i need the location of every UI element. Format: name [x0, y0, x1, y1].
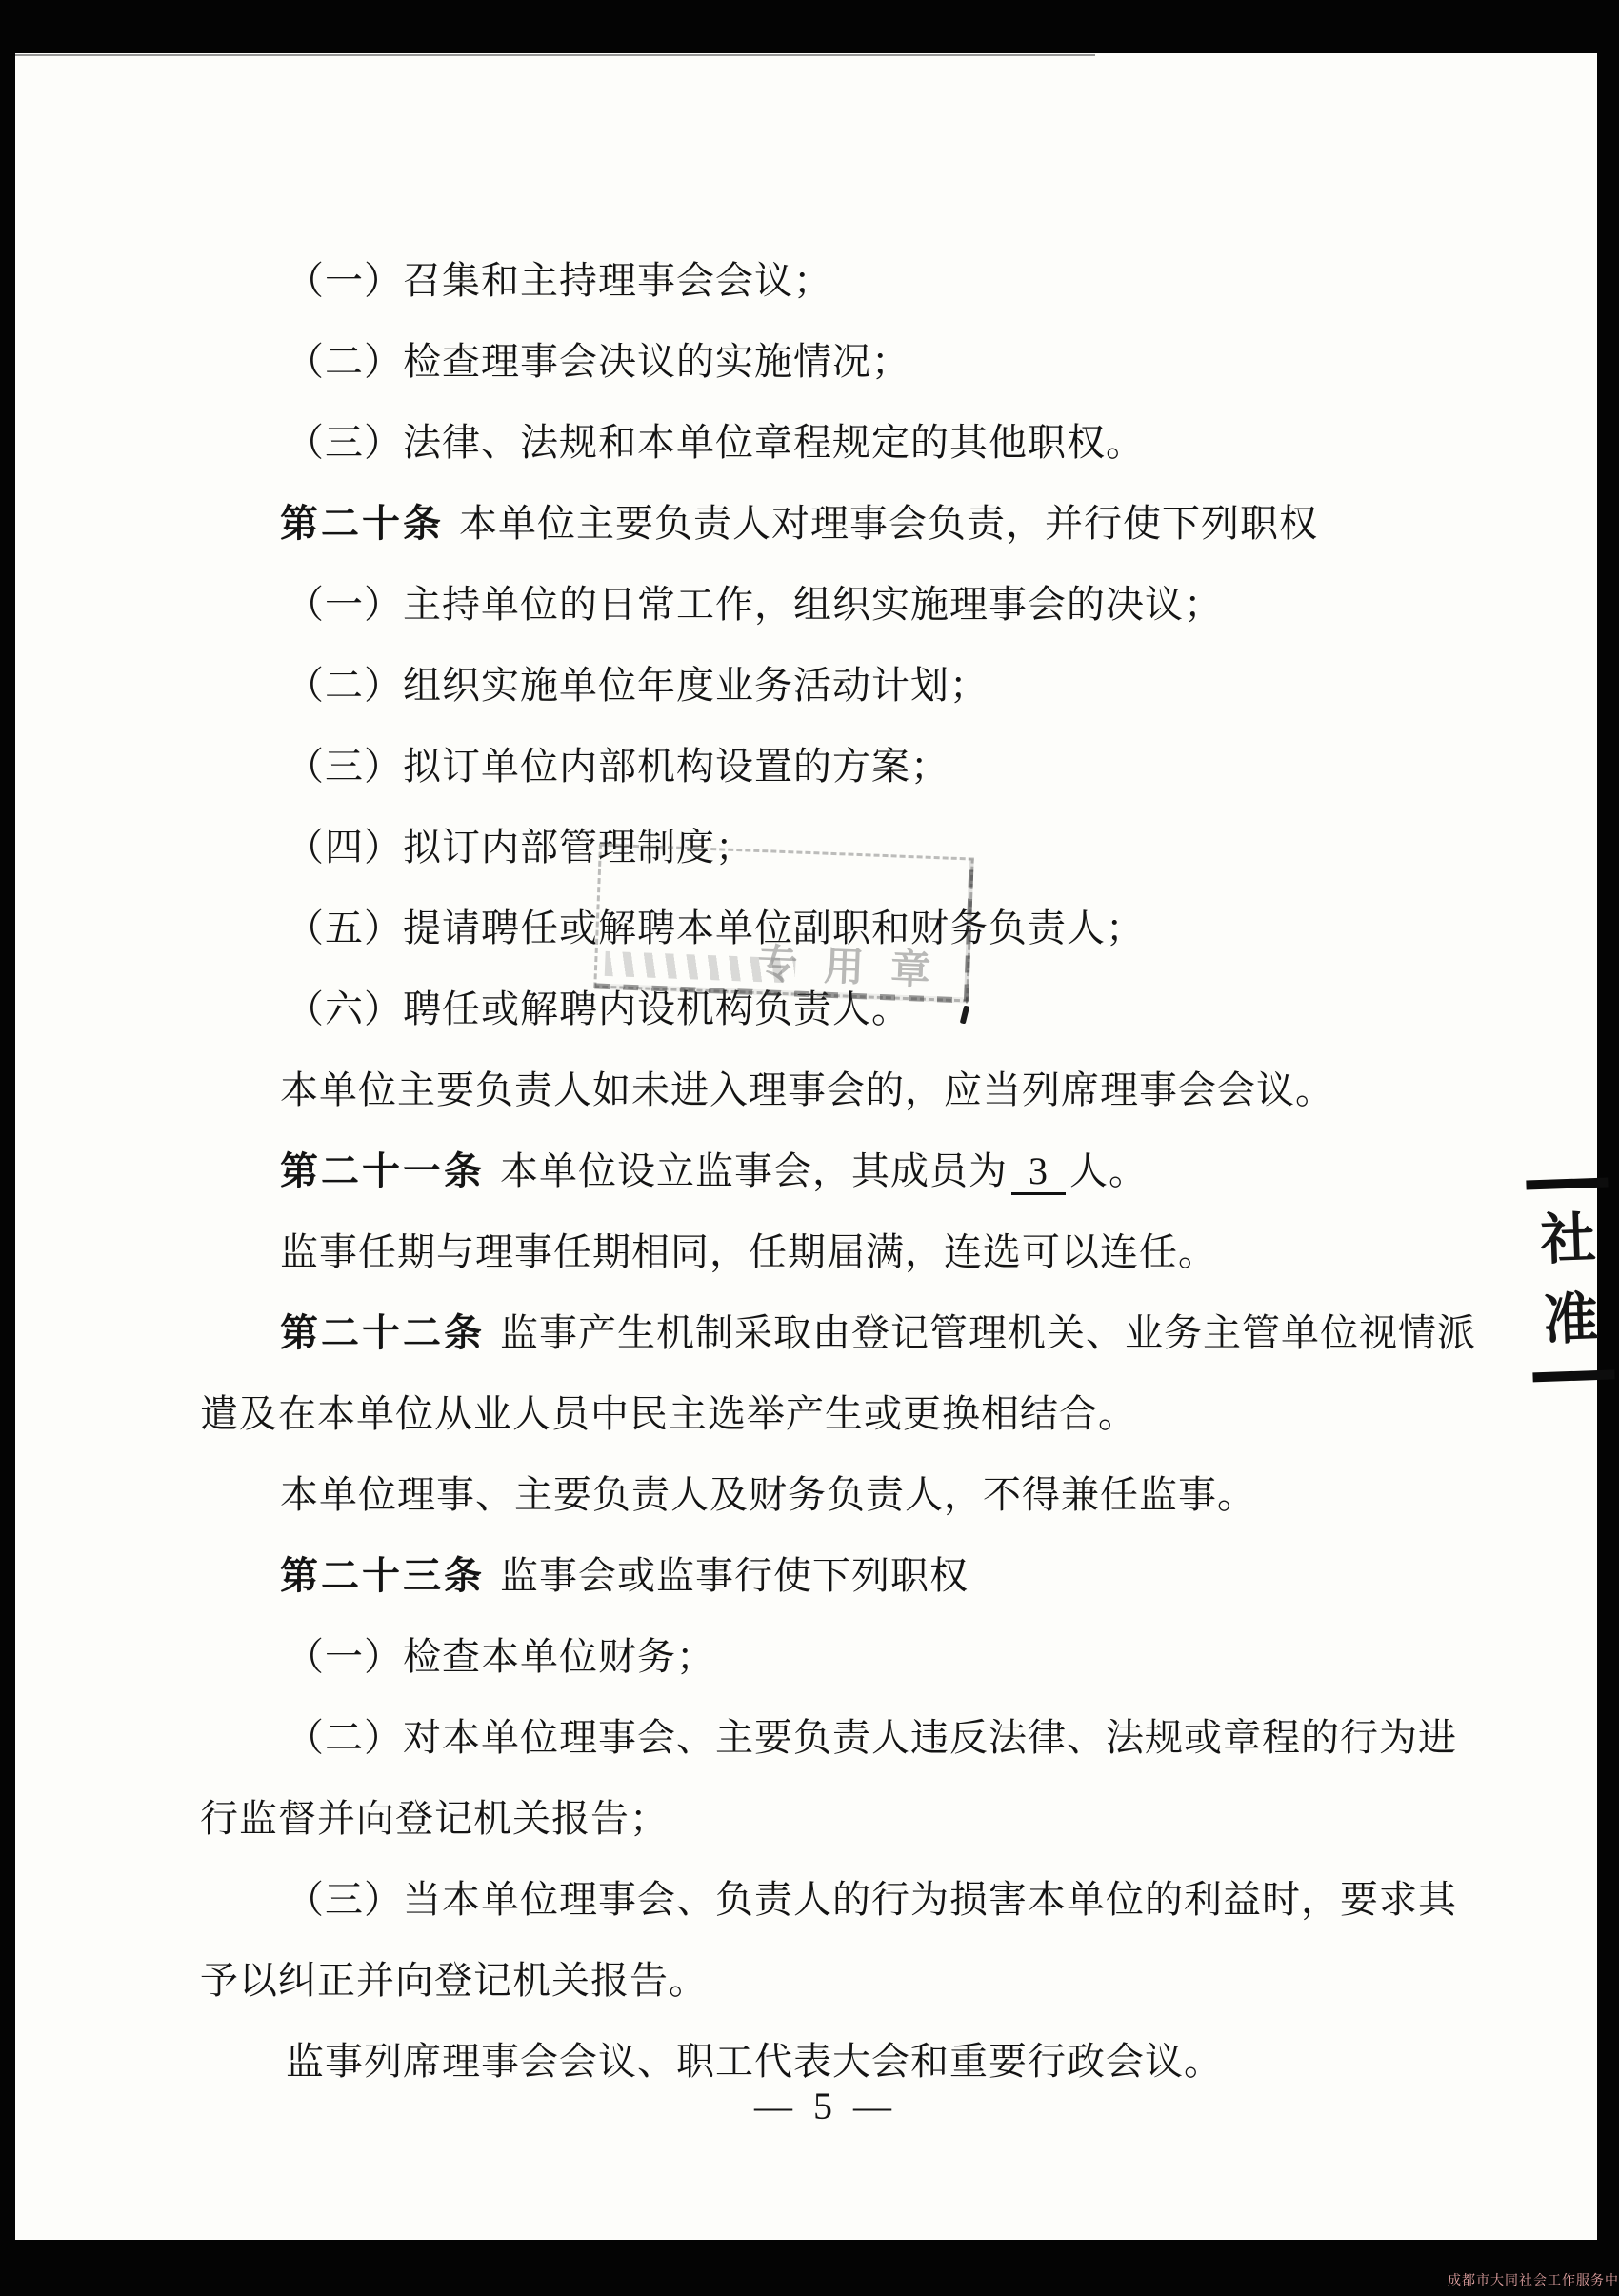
line-text: 监事列席理事会会议、职工代表大会和重要行政会议。	[286, 2040, 1223, 2083]
faint-seal-stamp: 专用章	[593, 843, 974, 1002]
text-line: 遣及在本单位从业人员中民主选举产生或更换相结合。	[200, 1392, 1137, 1436]
text-line: 第二十一条本单位设立监事会，其成员为3人。	[280, 1149, 1148, 1193]
line-text: （二）对本单位理事会、主要负责人违反法律、法规或章程的行为进	[286, 1716, 1457, 1759]
page-number: — 5 —	[669, 2084, 983, 2128]
article-number: 第二十三条	[280, 1555, 485, 1597]
text-line: 第二十条本单位主要负责人对理事会负责，并行使下列职权	[280, 502, 1318, 546]
article-number: 第二十一条	[280, 1150, 485, 1192]
member-count-value: 3	[1011, 1149, 1066, 1195]
line-text: （三）拟订单位内部机构设置的方案；	[286, 745, 949, 788]
scan-border-right	[1597, 53, 1619, 2242]
text-line: （三）拟订单位内部机构设置的方案；	[286, 745, 949, 789]
line-text: 监事任期与理事任期相同，任期届满，连选可以连任。	[280, 1230, 1217, 1273]
line-text: （一）召集和主持理事会会议；	[286, 259, 832, 302]
scan-border-top	[0, 0, 1619, 53]
line-text: 本单位设立监事会，其成员为	[500, 1149, 1008, 1192]
text-line: （一）检查本单位财务；	[286, 1635, 715, 1679]
text-line: 本单位理事、主要负责人及财务负责人，不得兼任监事。	[280, 1473, 1256, 1517]
line-text: 监事产生机制采取由登记管理机关、业务主管单位视情派	[500, 1311, 1476, 1354]
line-text: （三）法律、法规和本单位章程规定的其他职权。	[286, 421, 1145, 464]
line-text: （二）组织实施单位年度业务活动计划；	[286, 664, 989, 707]
line-text: 行监督并向登记机关报告；	[200, 1797, 669, 1840]
line-text: 本单位主要负责人如未进入理事会的，应当列席理事会会议。	[280, 1068, 1334, 1111]
article-number: 第二十条	[280, 503, 444, 545]
scan-border-left	[0, 51, 15, 2242]
text-line: （二）检查理事会决议的实施情况；	[286, 340, 910, 384]
line-text: 监事会或监事行使下列职权	[500, 1554, 969, 1597]
text-line: 第二十三条监事会或监事行使下列职权	[280, 1554, 969, 1598]
line-text: （三）当本单位理事会、负责人的行为损害本单位的利益时，要求其	[286, 1878, 1457, 1921]
text-line: （一）召集和主持理事会会议；	[286, 259, 832, 303]
text-line: （二）对本单位理事会、主要负责人违反法律、法规或章程的行为进	[286, 1716, 1457, 1760]
text-line: 监事列席理事会会议、职工代表大会和重要行政会议。	[286, 2040, 1223, 2084]
text-line: 第二十二条监事产生机制采取由登记管理机关、业务主管单位视情派	[280, 1311, 1476, 1355]
stamp-char: 准	[1542, 1289, 1599, 1350]
text-line: （二）组织实施单位年度业务活动计划；	[286, 664, 989, 708]
line-text: （二）检查理事会决议的实施情况；	[286, 340, 910, 383]
scanned-document-page: （一）召集和主持理事会会议；（二）检查理事会决议的实施情况；（三）法律、法规和本…	[0, 0, 1619, 2296]
text-line: （三）当本单位理事会、负责人的行为损害本单位的利益时，要求其	[286, 1878, 1457, 1922]
line-text: 本单位主要负责人对理事会负责，并行使下列职权	[459, 502, 1318, 545]
line-text: （一）检查本单位财务；	[286, 1635, 715, 1678]
article-number: 第二十二条	[280, 1312, 485, 1354]
scan-border-bottom	[0, 2240, 1619, 2296]
line-text: 予以纠正并向登记机关报告。	[200, 1959, 708, 2002]
line-text: 人。	[1069, 1149, 1148, 1192]
text-line: （三）法律、法规和本单位章程规定的其他职权。	[286, 421, 1145, 465]
text-line: 行监督并向登记机关报告；	[200, 1797, 669, 1841]
line-text: 本单位理事、主要负责人及财务负责人，不得兼任监事。	[280, 1473, 1256, 1516]
text-line: 监事任期与理事任期相同，任期届满，连选可以连任。	[280, 1230, 1217, 1274]
text-line: （一）主持单位的日常工作，组织实施理事会的决议；	[286, 583, 1223, 627]
scan-border-top-shadow	[0, 54, 1095, 56]
ink-speck	[960, 1006, 969, 1025]
stamp-char: 社	[1539, 1209, 1596, 1270]
faint-stamp-text: 专用章	[756, 932, 958, 997]
text-line: 予以纠正并向登记机关报告。	[200, 1959, 708, 2003]
registration-stamp-fragment: 社 准	[1531, 1178, 1607, 1382]
line-text: 遣及在本单位从业人员中民主选举产生或更换相结合。	[200, 1392, 1137, 1435]
text-line: 本单位主要负责人如未进入理事会的，应当列席理事会会议。	[280, 1068, 1334, 1112]
stamp-border-line	[1526, 1178, 1608, 1190]
line-text: （一）主持单位的日常工作，组织实施理事会的决议；	[286, 583, 1223, 626]
watermark-text: 成都市大同社会工作服务中心	[1448, 2270, 1619, 2289]
